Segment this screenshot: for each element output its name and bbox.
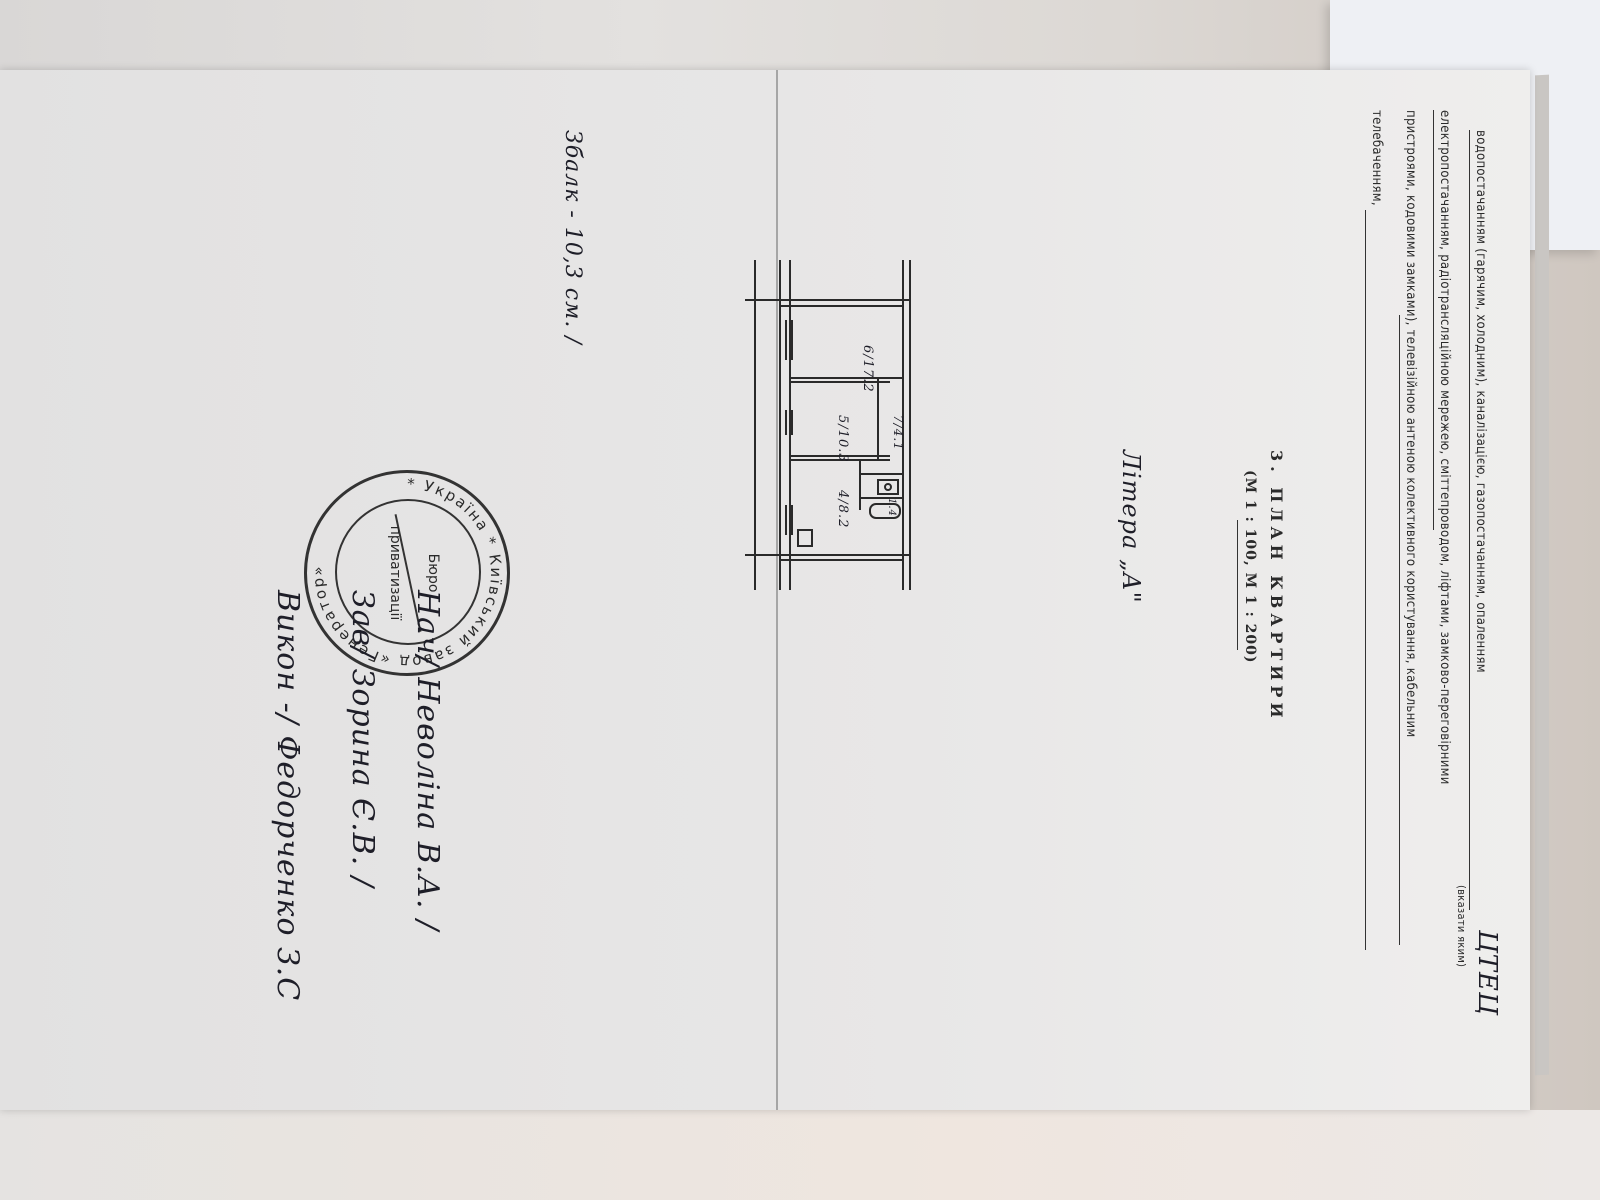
balcony-note: Збалк - 10,3 см. / [560,130,585,345]
document-page: водопостачанням (гарячим, холодним), кан… [0,70,1530,1110]
room-4-label: 4/8.2 [835,490,850,528]
header-underline-2 [1433,110,1434,530]
page-stack-edge [1535,75,1549,1076]
header-line-3: пристроями, кодовими замками), телевізій… [1403,110,1418,738]
scale-underline [1237,520,1238,650]
heating-hint: (вказати яким) [1455,885,1468,967]
room-6-label: 6/17.2 [860,345,875,393]
header-line-2: електропостачанням, радіотрансляційною м… [1437,110,1452,785]
header-underline-1 [1469,130,1470,910]
header-line-1: водопостачанням (гарячим, холодним), кан… [1473,130,1488,673]
plan-scale: (М 1 : 100, М 1 : 200) [1242,470,1258,664]
room-5-label: 5/10.3 [835,415,850,463]
heating-fill: ЦТЕЦ [1472,930,1502,1016]
signature-line-1: Нач/ Неволіна В.А. / [410,590,445,931]
room-7-label: 7/4.1 [891,415,905,451]
section-title: 3. ПЛАН КВАРТИРИ [1267,450,1286,723]
room-bath-label: 1.4 [886,498,897,517]
signature-line-2: Зав/ Зорина Є.В. / [345,590,380,888]
header-underline-3 [1399,315,1400,945]
header-line-4: телебаченням, [1369,110,1384,206]
background-surface [0,1110,1600,1200]
header-underline-4 [1365,210,1366,950]
signature-line-3: Викон -/ Федорченко З.С [270,590,305,1001]
letter-note: Літера „А" [1117,450,1145,604]
official-stamp: * Україна * Київський завод «Генератор» … [304,470,510,676]
